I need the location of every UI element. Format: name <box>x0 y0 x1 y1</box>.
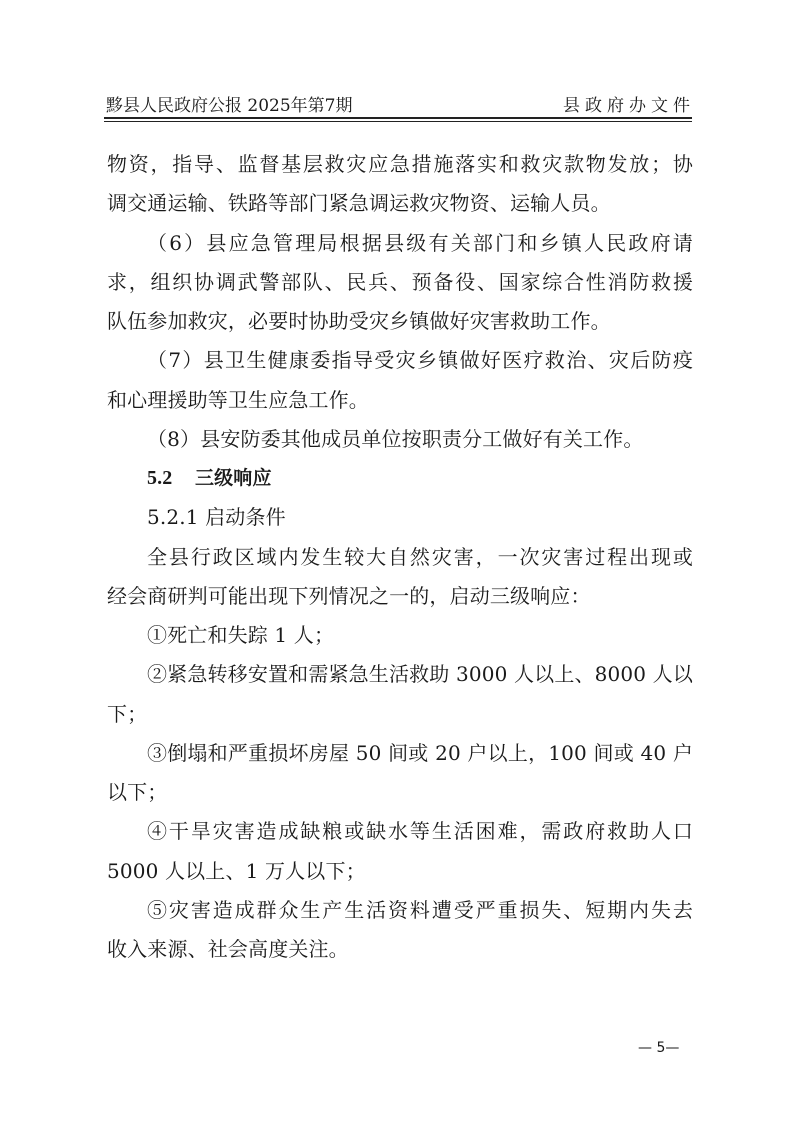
paragraph-line: （6）县应急管理局根据县级有关部门和乡镇人民政府请 <box>107 224 693 263</box>
document-category: 县政府办文件 <box>563 96 695 116</box>
subsection-heading: 5.2.1 启动条件 <box>107 498 693 537</box>
paragraph-line: 和心理援助等卫生应急工作。 <box>107 381 693 420</box>
paragraph-line: 队伍参加救灾，必要时协助受灾乡镇做好灾害救助工作。 <box>107 302 693 341</box>
condition-item: ②紧急转移安置和需紧急生活救助 3000 人以上、8000 人以 <box>107 655 693 694</box>
paragraph-line: 调交通运输、铁路等部门紧急调运救灾物资、运输人员。 <box>107 184 693 223</box>
header-rule-thin <box>104 121 692 122</box>
page-number: — 5— <box>638 1040 679 1056</box>
paragraph-line: 求，组织协调武警部队、民兵、预备役、国家综合性消防救援 <box>107 263 693 302</box>
paragraph-line: 全县行政区域内发生较大自然灾害，一次灾害过程出现或 <box>107 538 693 577</box>
condition-item: ④干旱灾害造成缺粮或缺水等生活困难，需政府救助人口 <box>107 812 693 851</box>
section-heading: 5.2三级响应 <box>107 459 693 498</box>
section-number: 5.2 <box>147 459 195 498</box>
paragraph-line: 经会商研判可能出现下列情况之一的，启动三级响应： <box>107 577 693 616</box>
publication-title: 黟县人民政府公报 2025年第7期 <box>106 96 352 116</box>
paragraph-line: （8）县安防委其他成员单位按职责分工做好有关工作。 <box>107 420 693 459</box>
condition-item: ①死亡和失踪 1 人； <box>107 616 693 655</box>
condition-item-continuation: 下； <box>107 695 693 734</box>
condition-item-continuation: 5000 人以上、1 万人以下； <box>107 852 693 891</box>
header-rule-thick <box>104 117 692 119</box>
document-body: 物资，指导、监督基层救灾应急措施落实和救灾款物发放；协 调交通运输、铁路等部门紧… <box>107 145 693 969</box>
section-title: 三级响应 <box>195 467 272 489</box>
condition-item: ⑤灾害造成群众生产生活资料遭受严重损失、短期内失去 <box>107 891 693 930</box>
condition-item: ③倒塌和严重损坏房屋 50 间或 20 户以上，100 间或 40 户 <box>107 734 693 773</box>
paragraph-line: （7）县卫生健康委指导受灾乡镇做好医疗救治、灾后防疫 <box>107 341 693 380</box>
running-header: 黟县人民政府公报 2025年第7期 县政府办文件 <box>106 94 690 116</box>
condition-item-continuation: 以下； <box>107 773 693 812</box>
condition-item-continuation: 收入来源、社会高度关注。 <box>107 930 693 969</box>
paragraph-line: 物资，指导、监督基层救灾应急措施落实和救灾款物发放；协 <box>107 145 693 184</box>
